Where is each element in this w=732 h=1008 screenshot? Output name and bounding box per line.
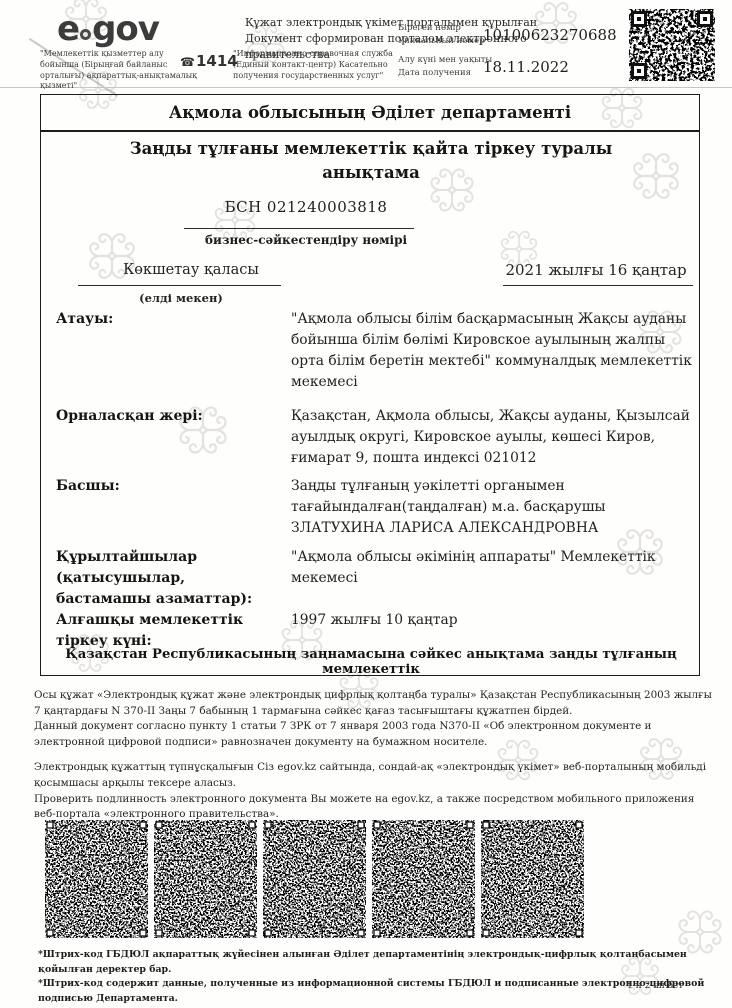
settlement-caption: (елді мекен) — [81, 291, 281, 305]
barcode-note-ru: *Штрих-код содержит данные, полученные и… — [38, 977, 708, 1006]
legal-paragraph-kk-2: Электрондық құжаттың түпнұсқалығын Сіз e… — [34, 760, 712, 791]
egov-logo-dot-icon — [80, 29, 91, 40]
barcode-footnotes: *Штрих-код ГБДЮЛ ақпараттық жүйесінен ал… — [38, 948, 708, 1006]
unique-number-label-kk: Бірегей нөмір — [398, 22, 485, 35]
certificate-box: Ақмола облысының Әділет департаменті Заң… — [40, 94, 700, 676]
settlement-underline — [78, 285, 281, 286]
field-value-location: Қазақстан, Ақмола облысы, Жақсы ауданы, … — [291, 406, 693, 469]
barcode-note-kk: *Штрих-код ГБДЮЛ ақпараттық жүйесінен ал… — [38, 948, 708, 977]
title-divider — [41, 130, 699, 132]
egov-logo-e: e — [57, 9, 79, 49]
receive-date-label: Алу күні мен уақыты Дата получения — [398, 54, 492, 80]
receive-date-label-ru: Дата получения — [398, 67, 492, 80]
document-page: egov Құжат электрондық үкімет порталымен… — [0, 0, 732, 1008]
bsn-number: БСН 021240003818 — [41, 198, 571, 216]
legal-paragraph-kk-1: Осы құжат «Электрондық құжат және электр… — [34, 688, 712, 719]
settlement-name: Көкшетау қаласы — [81, 262, 301, 278]
qr-code — [628, 8, 716, 82]
legal-text: Осы құжат «Электрондық құжат және электр… — [34, 688, 712, 823]
contact-phone: ☎1414 — [180, 52, 238, 70]
legal-paragraph-ru-2: Проверить подлинность электронного докум… — [34, 792, 712, 823]
service-text-kk: "Мемлекеттік қызметтер алу бойынша (Біры… — [40, 49, 200, 92]
legal-paragraph-ru-1: Данный документ согласно пункту 1 статьи… — [34, 719, 712, 750]
field-value-first-registration: 1997 жылғы 10 қаңтар — [291, 610, 693, 631]
date-underline — [503, 285, 693, 286]
field-value-head: Заңды тұлғаның уәкілетті органымен тағай… — [291, 476, 693, 539]
phone-number: 1414 — [196, 52, 238, 70]
unique-number-label: Бірегей нөмір Уникальный номер — [398, 22, 485, 48]
egov-logo: egov — [57, 12, 159, 46]
field-label-name: Атауы: — [56, 309, 276, 330]
field-label-first-registration: Алғашқы мемлекеттік тіркеу күні: — [56, 610, 276, 652]
bsn-caption: бизнес-сәйкестендіру нөмірі — [41, 233, 571, 247]
certificate-date: 2021 жылғы 16 қаңтар — [496, 261, 696, 279]
field-value-name: "Ақмола облысы білім басқармасының Жақсы… — [291, 309, 693, 393]
data-matrix-barcode-strip — [45, 820, 584, 938]
receive-date-label-kk: Алу күні мен уақыты — [398, 54, 492, 67]
phone-icon: ☎ — [180, 55, 195, 69]
certificate-title: Заңды тұлғаны мемлекеттік қайта тіркеу т… — [111, 137, 631, 185]
department-title: Ақмола облысының Әділет департаменті — [41, 103, 699, 122]
field-label-location: Орналасқан жері: — [56, 406, 276, 427]
certificate-bottom-note: Қазақстан Республикасының заңнамасына сә… — [51, 647, 691, 677]
bsn-underline — [184, 228, 414, 229]
egov-logo-gov: gov — [92, 9, 159, 49]
page-indicator: 1-н 2-ші бет — [627, 981, 683, 991]
field-label-head: Басшы: — [56, 476, 276, 497]
service-text-ru: "Информационно-справочная служба (Единый… — [233, 49, 403, 81]
field-label-founders: Құрылтайшылар (қатысушылар, бастамашы аз… — [56, 547, 276, 610]
receive-date-value: 18.11.2022 — [483, 58, 569, 76]
unique-number-label-ru: Уникальный номер — [398, 35, 485, 48]
unique-number-value: 10100623270688 — [483, 26, 617, 44]
field-value-founders: "Ақмола облысы әкімінің аппараты" Мемлек… — [291, 547, 693, 589]
